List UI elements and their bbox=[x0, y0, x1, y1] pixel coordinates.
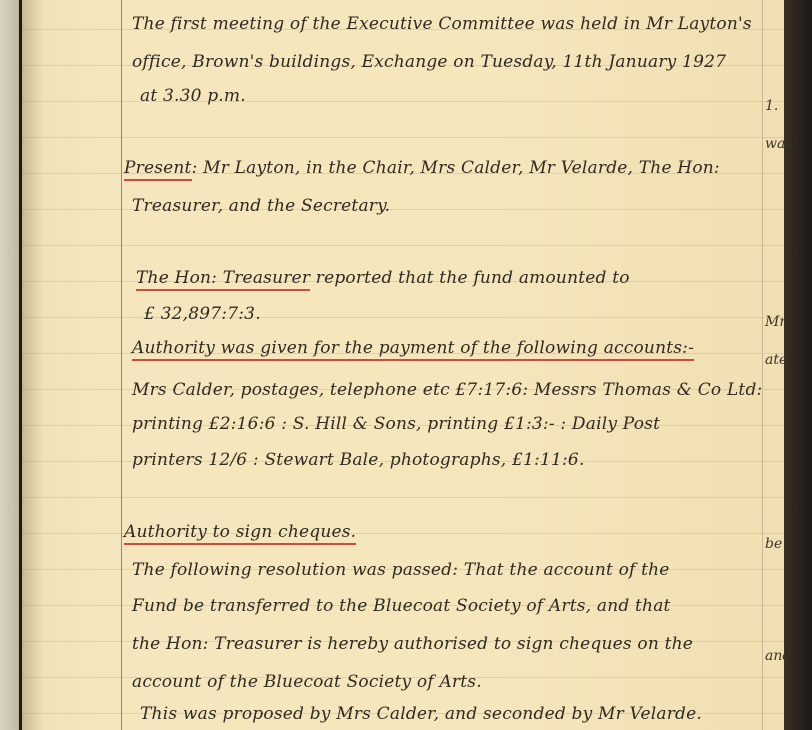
cheques-line-1: The following resolution was passed: Tha… bbox=[132, 560, 670, 580]
ledger-page bbox=[22, 0, 784, 730]
opening-line-3: at 3.30 p.m. bbox=[140, 86, 246, 106]
cheques-line-5: This was proposed by Mrs Calder, and sec… bbox=[140, 704, 702, 724]
opening-line-1: The first meeting of the Executive Commi… bbox=[132, 14, 752, 34]
margin-fragment: and bbox=[765, 648, 791, 664]
gutter-shadow bbox=[22, 0, 44, 730]
red-margin-line bbox=[121, 0, 122, 730]
margin-fragment: 1. bbox=[765, 98, 778, 114]
present-heading: Present bbox=[124, 158, 192, 181]
present-line-1: Present: Mr Layton, in the Chair, Mrs Ca… bbox=[124, 158, 720, 178]
cheques-heading: Authority to sign cheques. bbox=[124, 522, 356, 545]
present-line-2: Treasurer, and the Secretary. bbox=[132, 196, 390, 216]
treasurer-heading: The Hon: Treasurer bbox=[136, 268, 310, 291]
cheques-line-3: the Hon: Treasurer is hereby authorised … bbox=[132, 634, 693, 654]
margin-fragment: was bbox=[765, 136, 793, 152]
cheques-line-4: account of the Bluecoat Society of Arts. bbox=[132, 672, 482, 692]
margin-fragment: be bbox=[765, 536, 782, 552]
treasurer-line-1: The Hon: Treasurer reported that the fun… bbox=[136, 268, 630, 288]
margin-fragment: ate bbox=[765, 352, 787, 368]
cheques-heading-line: Authority to sign cheques. bbox=[124, 522, 356, 542]
margin-fragment: Mr bbox=[765, 314, 786, 330]
authority-line: Authority was given for the payment of t… bbox=[132, 338, 694, 358]
cheques-line-2: Fund be transferred to the Bluecoat Soci… bbox=[132, 596, 671, 616]
accounts-line-2: printing £2:16:6 : S. Hill & Sons, print… bbox=[132, 414, 660, 434]
fund-amount: £ 32,897:7:3. bbox=[144, 304, 261, 324]
book-edge bbox=[784, 0, 812, 730]
opening-line-2: office, Brown's buildings, Exchange on T… bbox=[132, 52, 726, 72]
accounts-line-1: Mrs Calder, postages, telephone etc £7:1… bbox=[132, 380, 762, 400]
accounts-line-3: printers 12/6 : Stewart Bale, photograph… bbox=[132, 450, 585, 470]
right-rule-line bbox=[762, 0, 763, 730]
present-attendees: : Mr Layton, in the Chair, Mrs Calder, M… bbox=[192, 158, 720, 178]
authority-payment-text: Authority was given for the payment of t… bbox=[132, 338, 694, 361]
treasurer-report: reported that the fund amounted to bbox=[310, 268, 630, 288]
